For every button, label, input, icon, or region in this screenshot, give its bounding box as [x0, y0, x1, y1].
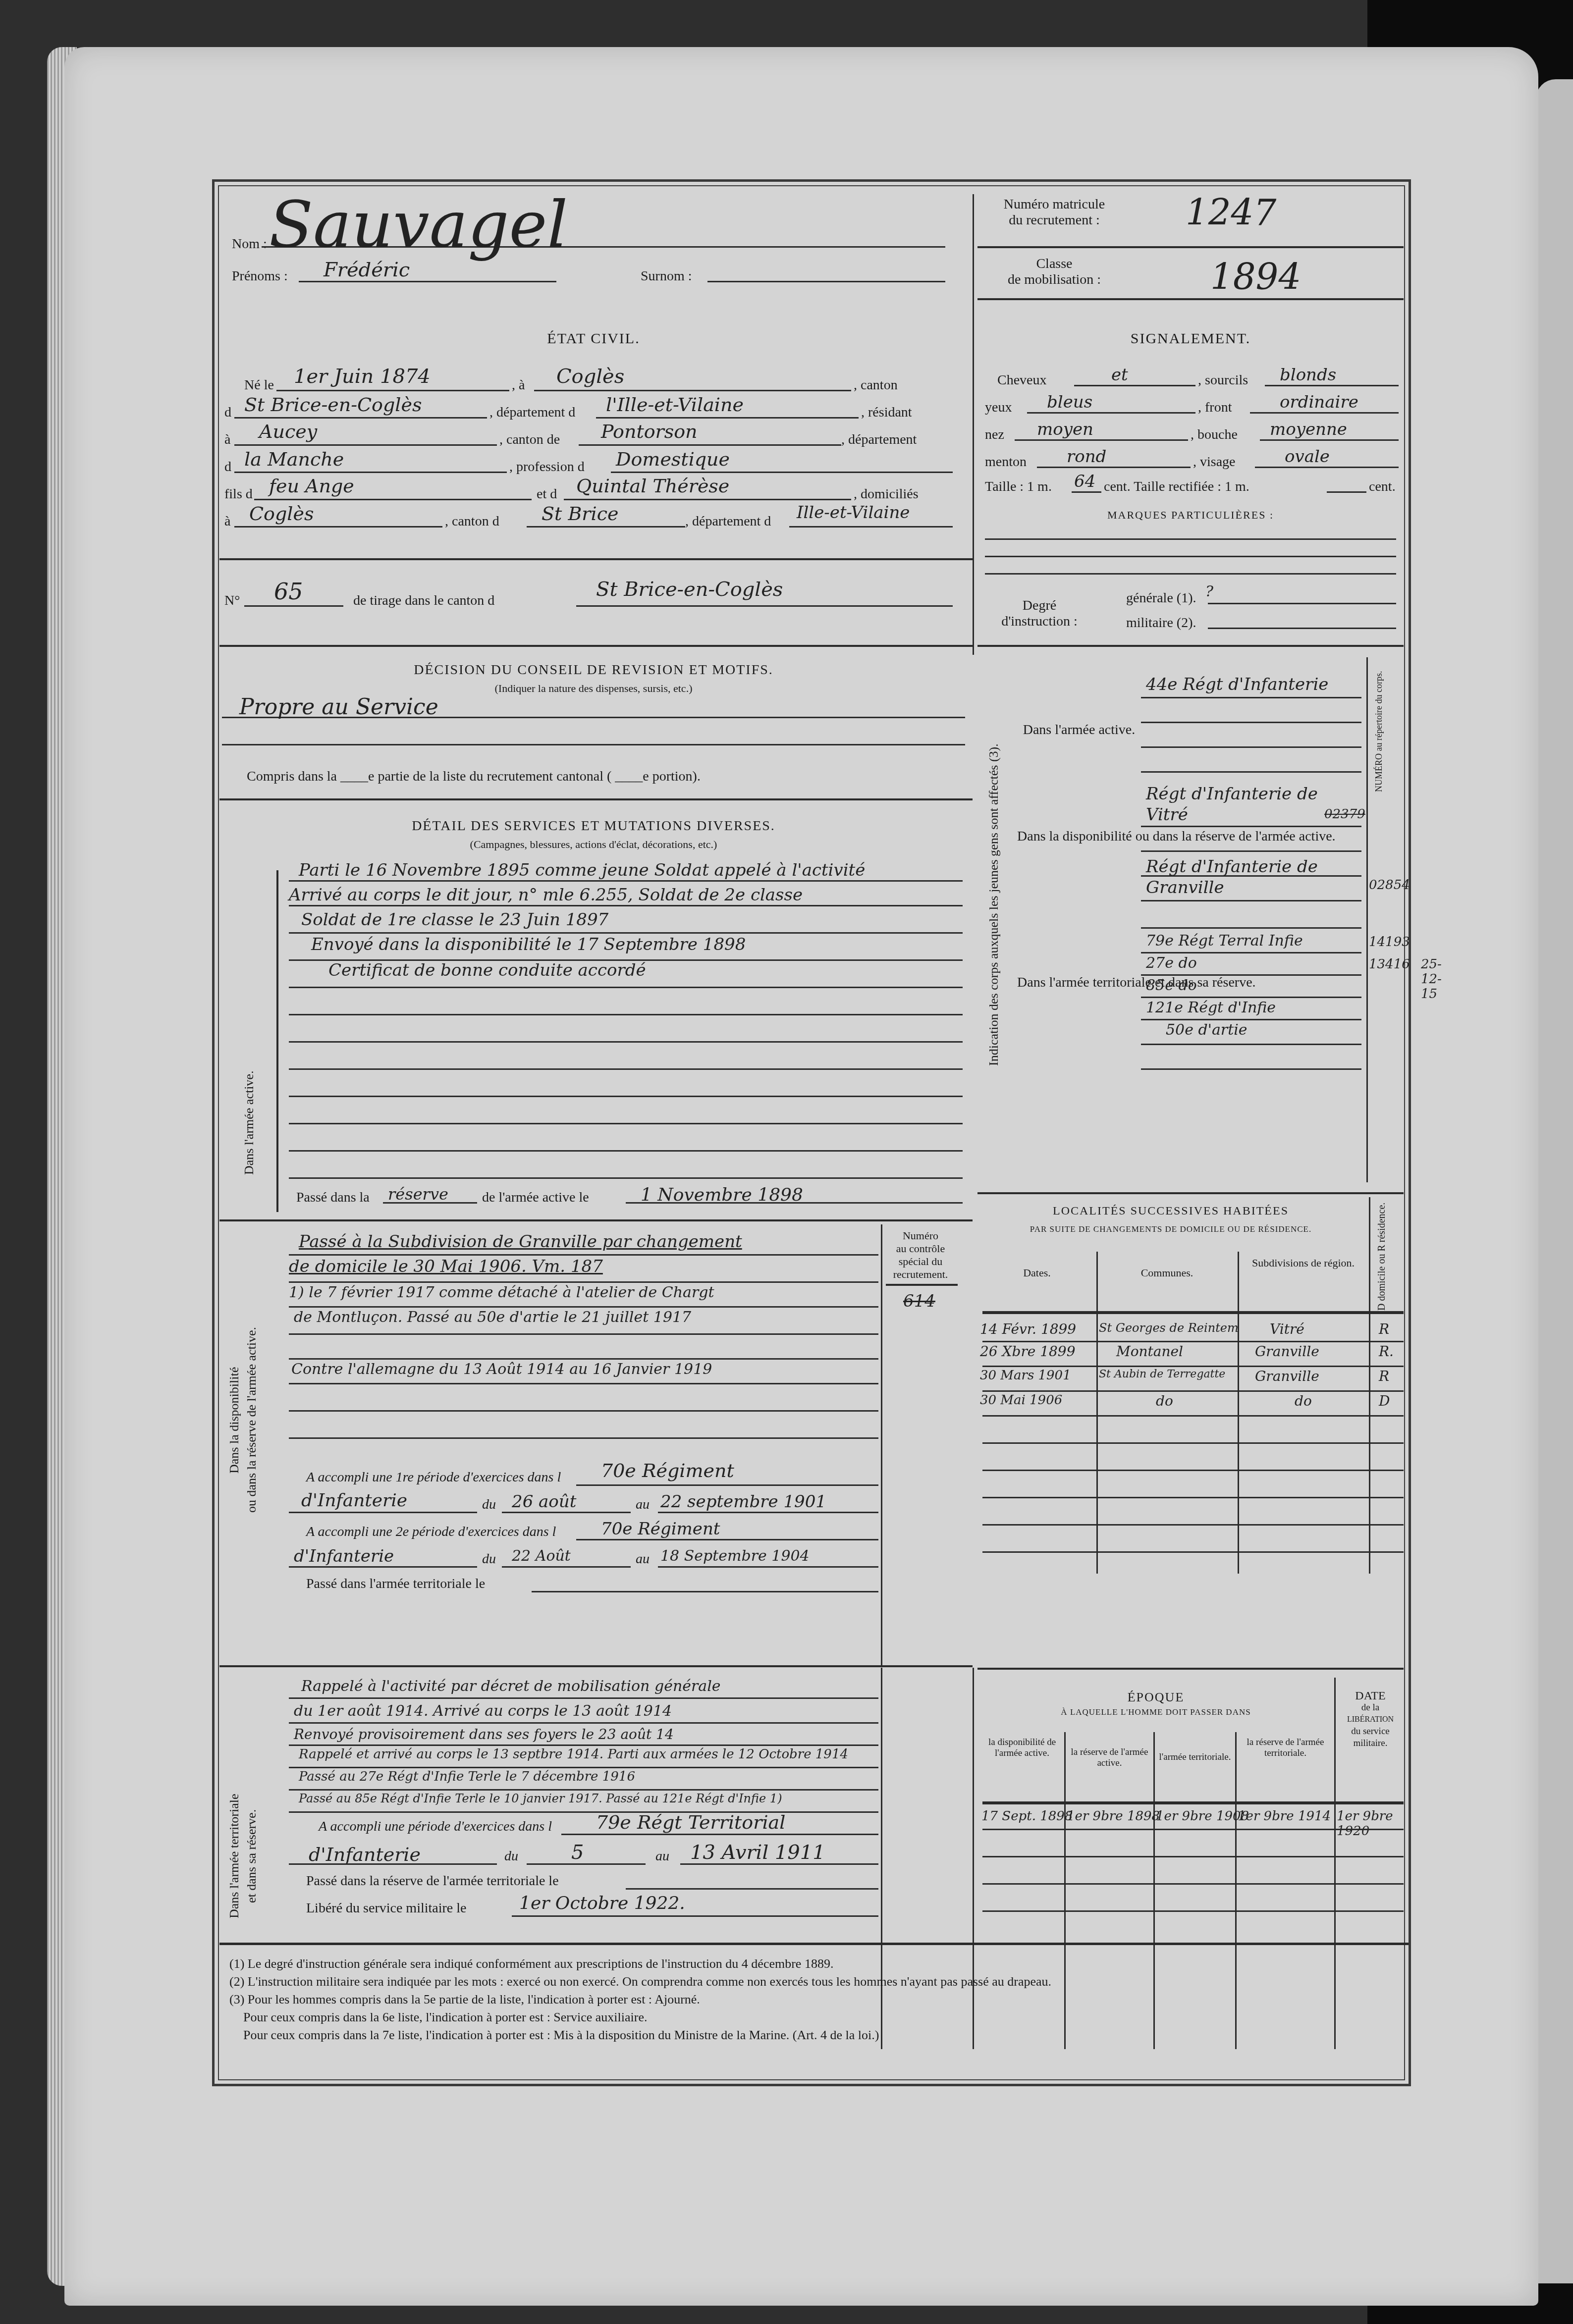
service-line: Arrivé au corps le dit jour, n° mle 6.25…	[289, 885, 803, 905]
cheveux-label: Cheveux	[997, 372, 1047, 388]
services-subtitle: (Campagnes, blessures, actions d'éclat, …	[215, 838, 973, 851]
domicilies-label: , domiciliés	[854, 486, 919, 502]
sourcils-label: , sourcils	[1198, 372, 1248, 388]
matricule-label: Numéro matricule du recrutement :	[987, 197, 1121, 228]
prenoms-value: Frédéric	[324, 259, 410, 281]
service-line: Soldat de 1re classe le 23 Juin 1897	[301, 910, 608, 930]
ne-le-label: Né le	[244, 377, 274, 393]
bouche-value: moyenne	[1270, 420, 1347, 439]
periode1-corps: 70e Régiment	[601, 1460, 734, 1481]
territoriale-line: du 1er août 1914. Arrivé au corps le 13 …	[294, 1702, 672, 1720]
pere-value: feu Ange	[269, 475, 354, 497]
yeux-value: bleus	[1047, 392, 1092, 412]
residant-canton-value: Pontorson	[601, 421, 698, 442]
profession-value: Domestique	[616, 448, 730, 470]
localites-header-dates: Dates.	[977, 1267, 1096, 1279]
corps-section-label: Dans l'armée active.	[1017, 722, 1141, 739]
periode1-label: A accompli une 1re période d'exercices d…	[306, 1470, 561, 1485]
residant-dept-value: la Manche	[244, 448, 344, 470]
epoque-header-reserve-active: la réserve de l'armée active.	[1066, 1747, 1153, 1769]
localite-date: 26 Xbre 1899	[980, 1343, 1076, 1360]
footnote: (1) Le degré d'instruction générale sera…	[229, 1955, 1051, 1973]
nez-label: nez	[985, 427, 1004, 443]
localite-commune: do	[1156, 1393, 1173, 1409]
footnote: (3) Pour les hommes compris dans la 5e p…	[229, 1991, 1051, 2008]
nom-label: Nom :	[232, 236, 267, 252]
periode2-corps: 70e Régiment	[601, 1519, 720, 1539]
services-title: DÉTAIL DES SERVICES ET MUTATIONS DIVERSE…	[215, 818, 973, 834]
domicile-canton-label: , canton d	[445, 514, 499, 529]
footnote: Pour ceux compris dans la 6e liste, l'in…	[229, 2008, 1051, 2026]
periode2-corps-2: d'Infanterie	[294, 1546, 394, 1566]
territoriale-line: Passé au 85e Régt d'Infie Terle le 10 ja…	[299, 1792, 782, 1805]
territoriale-line: Rappelé et arrivé au corps le 13 septbre…	[299, 1747, 848, 1762]
localite-date: 30 Mai 1906	[980, 1393, 1062, 1408]
corps-entry: Régt d'Infanterie de Granville	[1146, 856, 1359, 898]
classe-label: Classe de mobilisation :	[987, 256, 1121, 288]
domicile-a-value: Coglès	[249, 503, 314, 525]
epoque-value-reserve-territoriale: 1er 9bre 1914	[1238, 1809, 1331, 1824]
decision-title: DÉCISION DU CONSEIL DE REVISION ET MOTIF…	[215, 662, 973, 678]
periode2-du: 22 Août	[512, 1547, 571, 1565]
liberation-header: DATE de la LIBÉRATION du service militai…	[1336, 1690, 1405, 1749]
et-label: et d	[537, 486, 557, 502]
service-line: Certificat de bonne conduite accordé	[328, 960, 646, 980]
services-side-label: Dans l'armée active.	[242, 999, 257, 1247]
nez-value: moyen	[1037, 420, 1093, 439]
cheveux-value: et	[1111, 365, 1128, 385]
libere-label: Libéré du service militaire le	[306, 1901, 466, 1916]
territoriale-periode-au: 13 Avril 1911	[690, 1841, 825, 1864]
periode1-au-label: au	[636, 1497, 650, 1513]
tirage-no-label: N°	[224, 593, 240, 609]
compris-text: Compris dans la ____e partie de la liste…	[247, 769, 701, 785]
residant-dept-label: , département	[841, 432, 917, 448]
localite-type: R.	[1379, 1343, 1394, 1360]
canton-label: , canton	[854, 377, 898, 393]
corps-section-label: Dans l'armée territoriale et dans sa rés…	[1017, 974, 1141, 991]
visage-label: , visage	[1193, 454, 1236, 470]
taille-label: Taille : 1 m.	[985, 479, 1052, 495]
epoque-header-disponibilite: la disponibilité de l'armée active.	[980, 1737, 1064, 1759]
localites-title: LOCALITÉS SUCCESSIVES HABITÉES	[977, 1205, 1364, 1218]
etat-civil-title: ÉTAT CIVIL.	[215, 330, 973, 347]
epoque-title: ÉPOQUE	[977, 1690, 1334, 1705]
epoque-header-reserve-territoriale: la réserve de l'armée territoriale.	[1237, 1737, 1334, 1759]
disponibilite-line: de domicile le 30 Mai 1906. Vm. 187	[289, 1257, 603, 1276]
periode1-au: 22 septembre 1901	[660, 1492, 826, 1512]
prenoms-label: Prénoms :	[232, 268, 288, 284]
a-label: , à	[512, 377, 525, 393]
corps-numero: 13416	[1369, 957, 1410, 972]
instruction-generale-label: générale (1).	[1126, 590, 1196, 606]
corps-entry: 85e do	[1146, 977, 1197, 994]
localites-header-communes: Communes.	[1096, 1267, 1238, 1279]
localite-subdivision: Vitré	[1270, 1321, 1304, 1337]
menton-label: menton	[985, 454, 1027, 470]
territoriale-line: Rappelé à l'activité par décret de mobil…	[301, 1678, 721, 1695]
service-line: Envoyé dans la disponibilité le 17 Septe…	[311, 935, 746, 954]
corps-numero: 02854	[1369, 878, 1410, 893]
numero-repertoire-header: NUMÉRO au répertoire du corps.	[1374, 657, 1384, 806]
localites-header-subdivisions: Subdivisions de région.	[1238, 1257, 1369, 1269]
epoque-subtitle: À LAQUELLE L'HOMME DOIT PASSER DANS	[977, 1707, 1334, 1717]
localite-commune: Montanel	[1116, 1343, 1183, 1360]
epoque-value-territoriale: 1er 9bre 1908	[1156, 1809, 1249, 1824]
periode1-du: 26 août	[512, 1492, 576, 1512]
corps-entry: 79e Régt Terral Infie	[1146, 932, 1303, 950]
passe-reserve-label: Passé dans la	[296, 1190, 370, 1206]
epoque-header-territoriale: l'armée territoriale.	[1155, 1752, 1235, 1763]
corps-numero: 14193	[1369, 935, 1410, 950]
instruction-militaire-label: militaire (2).	[1126, 615, 1196, 631]
periode1-corps-2: d'Infanterie	[301, 1490, 407, 1511]
disponibilite-line: de Montluçon. Passé au 50e d'artie le 21…	[294, 1309, 691, 1326]
disponibilite-line: Passé à la Subdivision de Granville par …	[299, 1232, 742, 1252]
footnote: (2) L'instruction militaire sera indiqué…	[229, 1973, 1051, 1991]
yeux-label: yeux	[985, 400, 1012, 416]
territoriale-periode-du-label: du	[504, 1849, 518, 1864]
localite-date: 30 Mars 1901	[980, 1368, 1071, 1383]
territoriale-line: Passé au 27e Régt d'Infie Terle le 7 déc…	[299, 1769, 635, 1784]
localite-commune: St Georges de Reintembault	[1099, 1321, 1238, 1335]
domicile-dept-label: , département d	[685, 514, 771, 529]
epoque-value-disponibilite: 17 Sept. 1898	[981, 1809, 1073, 1824]
passe-date-value: 1 Novembre 1898	[641, 1185, 803, 1205]
instruction-generale-value: ?	[1205, 583, 1213, 600]
localite-type: R	[1379, 1368, 1389, 1384]
instruction-label: Degré d'instruction :	[987, 598, 1091, 630]
domicile-dept-value: Ille-et-Vilaine	[797, 503, 910, 523]
taille-rectifiee-label: cent. Taille rectifiée : 1 m.	[1104, 479, 1249, 495]
signalement-title: SIGNALEMENT.	[977, 330, 1404, 347]
residant-canton-label: , canton de	[499, 432, 560, 448]
periode2-au: 18 Septembre 1904	[660, 1547, 810, 1565]
libere-value: 1er Octobre 1922.	[519, 1893, 685, 1913]
tirage-label: de tirage dans le canton d	[353, 593, 494, 609]
corps-margin-note: 25-12-15	[1421, 957, 1442, 1002]
corps-entry: 121e Régt d'Infie	[1146, 999, 1276, 1016]
localite-subdivision: Granville	[1255, 1368, 1319, 1384]
epoque-value-reserve-active: 1er 9bre 1898	[1067, 1809, 1160, 1824]
passe-date-label: de l'armée active le	[482, 1190, 589, 1206]
residant-label: , résidant	[861, 405, 912, 421]
taille-value: 64	[1074, 472, 1095, 491]
decision-value: Propre au Service	[239, 694, 438, 720]
periode2-au-label: au	[636, 1551, 650, 1567]
canton-value: St Brice-en-Coglès	[244, 394, 422, 416]
localite-subdivision: Granville	[1255, 1343, 1319, 1360]
localite-commune: St Aubin de Terregatte	[1099, 1368, 1238, 1380]
corps-entry: 44e Régt d'Infanterie	[1146, 675, 1328, 694]
service-line: Parti le 16 Novembre 1895 comme jeune So…	[299, 860, 865, 880]
sourcils-value: blonds	[1280, 365, 1336, 385]
passe-reserve-value: réserve	[388, 1185, 448, 1204]
disponibilite-side-label-2: ou dans la réserve de l'armée active.	[244, 1247, 259, 1593]
passe-territoriale-label: Passé dans l'armée territoriale le	[306, 1576, 485, 1592]
front-label: , front	[1198, 400, 1232, 416]
periode2-du-label: du	[482, 1551, 496, 1567]
front-value: ordinaire	[1280, 392, 1358, 412]
matricule-value: 1247	[1186, 192, 1276, 233]
disponibilite-line: Contre l'allemagne du 13 Août 1914 au 16…	[291, 1361, 712, 1378]
lieu-naissance-value: Coglès	[556, 365, 624, 388]
localites-subtitle: PAR SUITE DE CHANGEMENTS DE DOMICILE OU …	[977, 1224, 1364, 1234]
footnote: Pour ceux compris dans la 7e liste, l'in…	[229, 2026, 1051, 2044]
residant-a-value: Aucey	[259, 421, 317, 442]
localite-type: R	[1379, 1321, 1389, 1337]
liberation-value: 1er 9bre 1920	[1337, 1809, 1409, 1839]
localite-type: D	[1379, 1393, 1390, 1409]
footnotes: (1) Le degré d'instruction générale sera…	[229, 1955, 1051, 2044]
controle-header: Numéro au contrôle spécial du recrutemen…	[883, 1229, 958, 1281]
profession-label: , profession d	[509, 459, 585, 475]
cent-label: cent.	[1369, 479, 1396, 495]
corps-entry: 50e d'artie	[1166, 1021, 1248, 1039]
classe-value: 1894	[1210, 256, 1301, 298]
decision-subtitle: (Indiquer la nature des dispenses, sursi…	[215, 682, 973, 695]
corps-numero: 02379	[1324, 807, 1365, 822]
ne-le-value: 1er Juin 1874	[294, 365, 431, 388]
localite-date: 14 Févr. 1899	[980, 1321, 1076, 1337]
periode1-du-label: du	[482, 1497, 496, 1513]
territoriale-periode-corps: 79e Régt Territorial	[596, 1811, 785, 1833]
nom-value: Sauvagel	[269, 187, 568, 262]
localite-subdivision: do	[1295, 1393, 1312, 1409]
visage-value: ovale	[1285, 447, 1330, 467]
passe-reserve-territoriale-label: Passé dans la réserve de l'armée territo…	[306, 1873, 559, 1889]
periode2-label: A accompli une 2e période d'exercices da…	[306, 1524, 556, 1540]
disponibilite-line: 1) le 7 février 1917 comme détaché à l'a…	[289, 1284, 714, 1301]
controle-value: 614	[903, 1291, 935, 1311]
residant-dept-prefix: d	[224, 459, 231, 475]
bouche-label: , bouche	[1191, 427, 1238, 443]
next-page-edge	[1536, 79, 1573, 2283]
corps-section-label: Dans la disponibilité ou dans la réserve…	[1017, 828, 1141, 845]
military-register-form: Nom : Sauvagel Prénoms : Frédéric Surnom…	[212, 179, 1411, 2086]
tirage-no-value: 65	[274, 578, 303, 605]
fils-label: fils d	[224, 486, 253, 502]
marques-title: MARQUES PARTICULIÈRES :	[977, 509, 1404, 522]
territoriale-periode-du: 5	[571, 1841, 584, 1864]
mere-value: Quintal Thérèse	[576, 475, 729, 497]
departement-value: l'Ille-et-Vilaine	[606, 394, 744, 416]
territoriale-periode-au-label: au	[655, 1849, 669, 1864]
corps-entry: 27e do	[1146, 954, 1197, 972]
localites-header-type: D domicile ou R résidence.	[1376, 1202, 1388, 1311]
canton-prefix: d	[224, 405, 231, 421]
departement-label: , département d	[489, 405, 575, 421]
domicile-canton-value: St Brice	[542, 503, 618, 525]
tirage-canton-value: St Brice-en-Coglès	[596, 578, 783, 601]
surnom-label: Surnom :	[641, 268, 692, 284]
corps-side-label: Indication des corps auxquels les jeunes…	[986, 657, 1001, 1153]
residant-a-label: à	[224, 432, 230, 448]
menton-value: rond	[1067, 447, 1106, 467]
domicile-a-label: à	[224, 514, 230, 529]
territoriale-periode-corps-2: d'Infanterie	[309, 1844, 421, 1865]
territoriale-line: Renvoyé provisoirement dans ses foyers l…	[294, 1726, 674, 1743]
territoriale-periode-label: A accompli une période d'exercices dans …	[319, 1819, 552, 1835]
disponibilite-side-label-1: Dans la disponibilité	[227, 1247, 242, 1593]
